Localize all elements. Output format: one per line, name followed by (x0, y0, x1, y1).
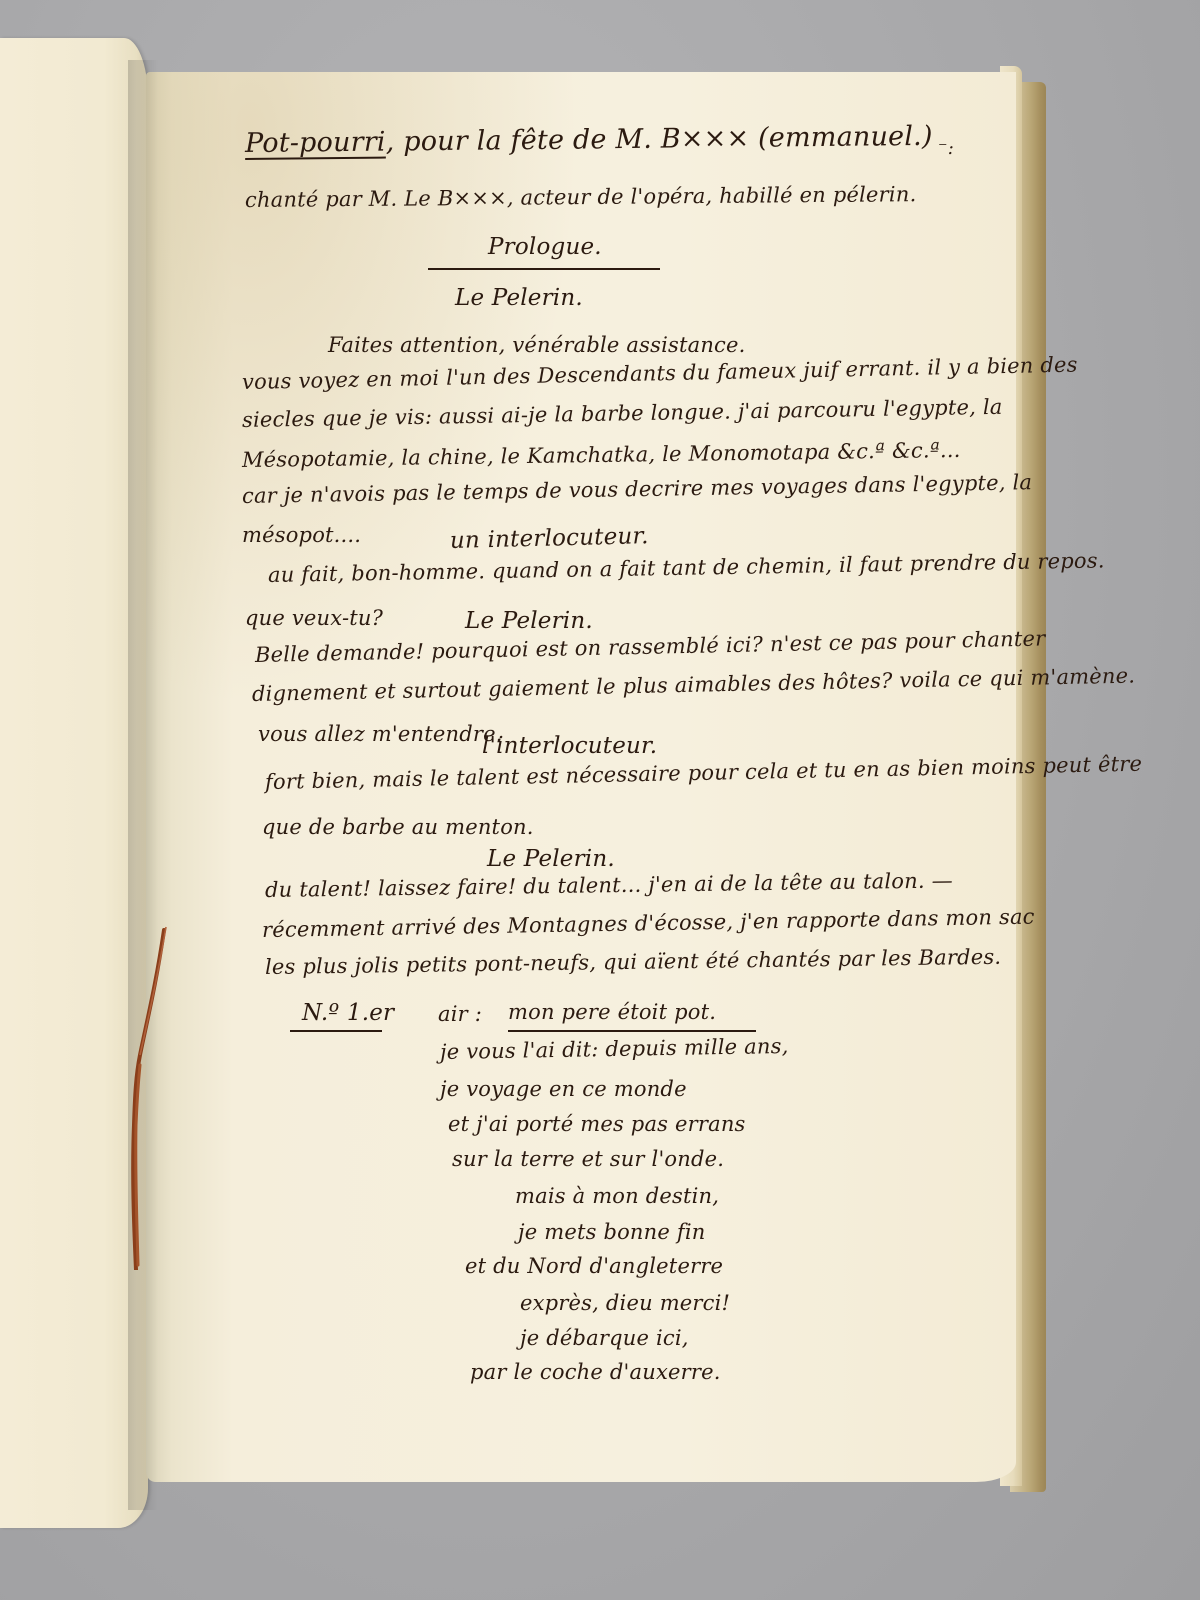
speaker-pelerin-1: Le Pelerin. (455, 285, 583, 311)
margin-mark: ⁻: (938, 138, 954, 159)
text-line-13: que de barbe au menton. (262, 815, 534, 839)
subtitle: chanté par M. Le B×××, acteur de l'opéra… (245, 182, 917, 212)
text-line-12: fort bien, mais le talent est nécessaire… (265, 752, 1143, 794)
verse-4: sur la terre et sur l'onde. (452, 1147, 724, 1171)
speaker-pelerin-3: Le Pelerin. (487, 846, 615, 872)
verse-8: exprès, dieu merci! (520, 1291, 730, 1315)
verse-6: je mets bonne fin (518, 1220, 706, 1244)
text-line-16: les plus jolis petits pont-neufs, qui aï… (265, 945, 1002, 979)
song-number: N.º 1.er (302, 1000, 394, 1026)
air-name: mon pere étoit pot. (508, 1000, 716, 1024)
text-line-4: Mésopotamie, la chine, le Kamchatka, le … (242, 438, 961, 472)
verse-7: et du Nord d'angleterre (465, 1254, 723, 1278)
text-line-8: que veux-tu? (245, 606, 383, 630)
text-line-14: du talent! laissez faire! du talent... j… (265, 868, 953, 902)
verse-5: mais à mon destin, (515, 1184, 719, 1208)
verse-1: je vous l'ai dit: depuis mille ans, (440, 1034, 789, 1064)
prologue-heading: Prologue. (488, 234, 602, 260)
title-line: Pot-pourri, pour la fête de M. B××× (emm… (245, 121, 933, 159)
text-line-2: vous voyez en moi l'un des Descendants d… (242, 352, 1078, 393)
air-name-rule (508, 1030, 756, 1032)
text-line-11: vous allez m'entendre. (258, 722, 503, 746)
manuscript-text: Pot-pourri, pour la fête de M. B××× (emm… (0, 0, 1200, 1600)
text-line-6: mésopot.... (242, 523, 361, 547)
verse-10: par le coche d'auxerre. (470, 1360, 721, 1384)
text-line-5: car je n'avois pas le temps de vous decr… (242, 470, 1033, 508)
verse-3: et j'ai porté mes pas errans (448, 1112, 746, 1136)
title-rest: , pour la fête de M. B××× (emmanuel.) (386, 121, 933, 158)
prologue-rule (428, 268, 660, 270)
speaker-pelerin-2: Le Pelerin. (465, 608, 593, 634)
text-line-10: dignement et surtout gaiement le plus ai… (252, 664, 1136, 706)
text-line-15: récemment arrivé des Montagnes d'écosse,… (262, 905, 1035, 942)
text-line-7: au fait, bon-homme. quand on a fait tant… (268, 548, 1105, 587)
verse-2: je voyage en ce monde (440, 1077, 687, 1101)
song-number-rule (290, 1030, 382, 1032)
title-potpourri: Pot-pourri (245, 127, 386, 159)
text-line-1: Faites attention, vénérable assistance. (328, 333, 746, 357)
speaker-interlocuteur-2: l'interlocuteur. (482, 733, 657, 759)
text-line-9: Belle demande! pourquoi est on rassemblé… (255, 626, 1046, 667)
air-label: air : (438, 1002, 482, 1026)
text-line-3: siecles que je vis: aussi ai-je la barbe… (242, 395, 1003, 432)
speaker-interlocuteur-1: un interlocuteur. (450, 523, 649, 554)
verse-9: je débarque ici, (520, 1326, 689, 1350)
